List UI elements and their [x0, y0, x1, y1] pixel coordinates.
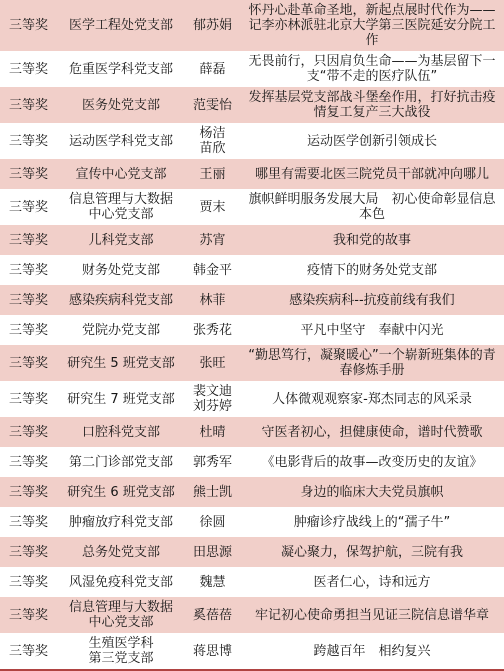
- awards-table-body: 三等奖医学工程处党支部郁苏娟怀丹心赴革命圣地，新起点展时代作为——记李亦林派驻北…: [0, 0, 504, 670]
- award-cell: 三等奖: [0, 0, 57, 51]
- title-cell: 医者仁心，诗和远方: [240, 567, 504, 597]
- branch-cell: 危重医学科党支部: [57, 51, 185, 87]
- award-row: 三等奖财务处党支部韩金平疫情下的财务处党支部: [0, 255, 504, 285]
- name-cell: 郁苏娟: [185, 0, 240, 51]
- name-cell: 林菲: [185, 285, 240, 315]
- title-cell: 平凡中坚守 奉献中闪光: [240, 315, 504, 345]
- name-cell: 郭秀军: [185, 447, 240, 477]
- award-cell: 三等奖: [0, 537, 57, 567]
- title-cell: 哪里有需要北医三院党员干部就冲向哪儿: [240, 159, 504, 189]
- award-row: 三等奖第二门诊部党支部郭秀军《电影背后的故事—改变历史的友谊》: [0, 447, 504, 477]
- award-cell: 三等奖: [0, 159, 57, 189]
- name-cell: 王丽: [185, 159, 240, 189]
- title-cell: 守医者初心，担健康使命，谱时代赞歌: [240, 417, 504, 447]
- award-cell: 三等奖: [0, 189, 57, 225]
- title-cell: 凝心聚力，保驾护航，三院有我: [240, 537, 504, 567]
- name-cell: 蒋思博: [185, 633, 240, 670]
- award-row: 三等奖信息管理与大数据 中心党支部奚蓓蓓牢记初心使命勇担当见证三院信息谱华章: [0, 597, 504, 633]
- award-cell: 三等奖: [0, 567, 57, 597]
- branch-cell: 医务处党支部: [57, 87, 185, 123]
- award-row: 三等奖信息管理与大数据 中心党支部贾末旗帜鲜明服务发展大局 初心使命彰显信息本色: [0, 189, 504, 225]
- award-cell: 三等奖: [0, 255, 57, 285]
- award-row: 三等奖肿瘤放疗科党支部徐圆肿瘤诊疗战线上的“孺子牛”: [0, 507, 504, 537]
- award-cell: 三等奖: [0, 633, 57, 670]
- award-cell: 三等奖: [0, 123, 57, 159]
- branch-cell: 肿瘤放疗科党支部: [57, 507, 185, 537]
- name-cell: 杜晴: [185, 417, 240, 447]
- title-cell: 感染疾病科--抗疫前线有我们: [240, 285, 504, 315]
- branch-cell: 儿科党支部: [57, 225, 185, 255]
- award-row: 三等奖宣传中心党支部王丽哪里有需要北医三院党员干部就冲向哪儿: [0, 159, 504, 189]
- branch-cell: 研究生 7 班党支部: [57, 381, 185, 417]
- branch-cell: 财务处党支部: [57, 255, 185, 285]
- award-cell: 三等奖: [0, 597, 57, 633]
- award-cell: 三等奖: [0, 381, 57, 417]
- award-cell: 三等奖: [0, 507, 57, 537]
- title-cell: 身边的临床大夫党员旗帜: [240, 477, 504, 507]
- branch-cell: 研究生 6 班党支部: [57, 477, 185, 507]
- branch-cell: 口腔科党支部: [57, 417, 185, 447]
- award-cell: 三等奖: [0, 345, 57, 381]
- award-row: 三等奖研究生 6 班党支部熊士凯身边的临床大夫党员旗帜: [0, 477, 504, 507]
- name-cell: 熊士凯: [185, 477, 240, 507]
- award-cell: 三等奖: [0, 417, 57, 447]
- award-cell: 三等奖: [0, 51, 57, 87]
- name-cell: 杨洁 苗欣: [185, 123, 240, 159]
- branch-cell: 党院办党支部: [57, 315, 185, 345]
- name-cell: 张旺: [185, 345, 240, 381]
- award-cell: 三等奖: [0, 285, 57, 315]
- award-row: 三等奖医务处党支部范雯怡发挥基层党支部战斗堡垒作用，打好抗击疫情复工复产三大战役: [0, 87, 504, 123]
- award-row: 三等奖研究生 5 班党支部张旺“勤思笃行，凝聚暖心”一个崭新班集体的青春修炼手册: [0, 345, 504, 381]
- name-cell: 张秀花: [185, 315, 240, 345]
- award-cell: 三等奖: [0, 225, 57, 255]
- branch-cell: 风湿免疫科党支部: [57, 567, 185, 597]
- award-row: 三等奖感染疾病科党支部林菲感染疾病科--抗疫前线有我们: [0, 285, 504, 315]
- award-cell: 三等奖: [0, 87, 57, 123]
- branch-cell: 信息管理与大数据 中心党支部: [57, 189, 185, 225]
- title-cell: 发挥基层党支部战斗堡垒作用，打好抗击疫情复工复产三大战役: [240, 87, 504, 123]
- title-cell: 旗帜鲜明服务发展大局 初心使命彰显信息本色: [240, 189, 504, 225]
- title-cell: 人体微观观察家-郑杰同志的风采录: [240, 381, 504, 417]
- award-row: 三等奖危重医学科党支部薛磊无畏前行，只因肩负生命——为基层留下一支“带不走的医疗…: [0, 51, 504, 87]
- award-row: 三等奖风湿免疫科党支部魏慧医者仁心，诗和远方: [0, 567, 504, 597]
- name-cell: 贾末: [185, 189, 240, 225]
- award-row: 三等奖口腔科党支部杜晴守医者初心，担健康使命，谱时代赞歌: [0, 417, 504, 447]
- name-cell: 薛磊: [185, 51, 240, 87]
- name-cell: 韩金平: [185, 255, 240, 285]
- award-row: 三等奖党院办党支部张秀花平凡中坚守 奉献中闪光: [0, 315, 504, 345]
- award-row: 三等奖总务处党支部田思源凝心聚力，保驾护航，三院有我: [0, 537, 504, 567]
- branch-cell: 宣传中心党支部: [57, 159, 185, 189]
- award-row: 三等奖医学工程处党支部郁苏娟怀丹心赴革命圣地，新起点展时代作为——记李亦林派驻北…: [0, 0, 504, 51]
- name-cell: 裴文迪 刘芬婷: [185, 381, 240, 417]
- branch-cell: 生殖医学科 第三党支部: [57, 633, 185, 670]
- title-cell: 运动医学创新引领成长: [240, 123, 504, 159]
- name-cell: 奚蓓蓓: [185, 597, 240, 633]
- award-cell: 三等奖: [0, 477, 57, 507]
- title-cell: 我和党的故事: [240, 225, 504, 255]
- award-row: 三等奖研究生 7 班党支部裴文迪 刘芬婷人体微观观察家-郑杰同志的风采录: [0, 381, 504, 417]
- award-row: 三等奖儿科党支部苏宵我和党的故事: [0, 225, 504, 255]
- branch-cell: 感染疾病科党支部: [57, 285, 185, 315]
- branch-cell: 研究生 5 班党支部: [57, 345, 185, 381]
- name-cell: 徐圆: [185, 507, 240, 537]
- award-cell: 三等奖: [0, 447, 57, 477]
- branch-cell: 医学工程处党支部: [57, 0, 185, 51]
- title-cell: 跨越百年 相约复兴: [240, 633, 504, 670]
- award-cell: 三等奖: [0, 315, 57, 345]
- title-cell: 肿瘤诊疗战线上的“孺子牛”: [240, 507, 504, 537]
- award-row: 三等奖生殖医学科 第三党支部蒋思博跨越百年 相约复兴: [0, 633, 504, 670]
- title-cell: “勤思笃行，凝聚暖心”一个崭新班集体的青春修炼手册: [240, 345, 504, 381]
- title-cell: 疫情下的财务处党支部: [240, 255, 504, 285]
- title-cell: 怀丹心赴革命圣地，新起点展时代作为——记李亦林派驻北京大学第三医院延安分院工作: [240, 0, 504, 51]
- branch-cell: 信息管理与大数据 中心党支部: [57, 597, 185, 633]
- branch-cell: 运动医学科党支部: [57, 123, 185, 159]
- branch-cell: 第二门诊部党支部: [57, 447, 185, 477]
- title-cell: 牢记初心使命勇担当见证三院信息谱华章: [240, 597, 504, 633]
- name-cell: 范雯怡: [185, 87, 240, 123]
- title-cell: 无畏前行，只因肩负生命——为基层留下一支“带不走的医疗队伍”: [240, 51, 504, 87]
- awards-table: 三等奖医学工程处党支部郁苏娟怀丹心赴革命圣地，新起点展时代作为——记李亦林派驻北…: [0, 0, 504, 671]
- award-row: 三等奖运动医学科党支部杨洁 苗欣运动医学创新引领成长: [0, 123, 504, 159]
- name-cell: 田思源: [185, 537, 240, 567]
- branch-cell: 总务处党支部: [57, 537, 185, 567]
- name-cell: 苏宵: [185, 225, 240, 255]
- title-cell: 《电影背后的故事—改变历史的友谊》: [240, 447, 504, 477]
- name-cell: 魏慧: [185, 567, 240, 597]
